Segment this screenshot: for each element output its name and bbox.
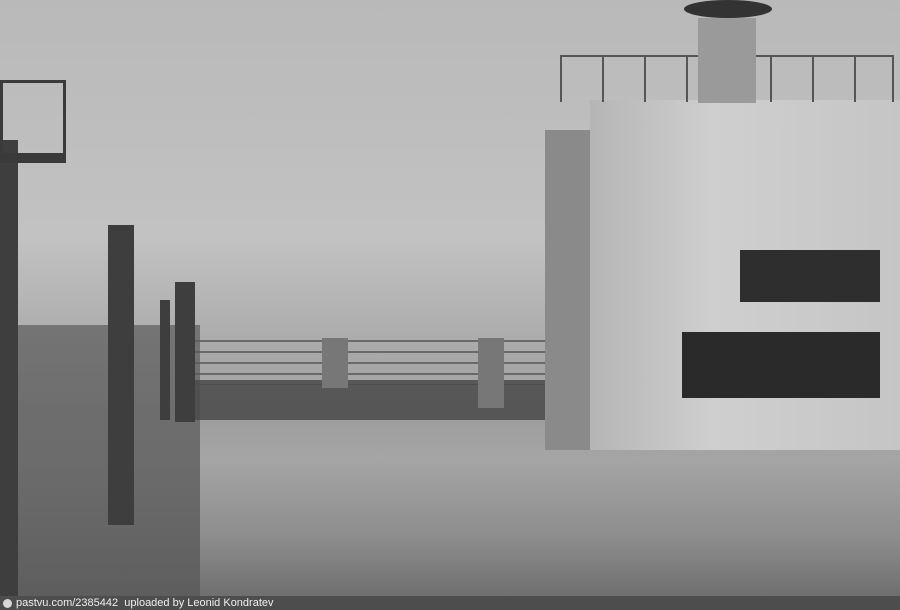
source-link[interactable]: pastvu.com/2385442 bbox=[16, 596, 118, 610]
window-opening bbox=[682, 332, 880, 398]
uploader-text: uploaded by Leonid Kondratev bbox=[124, 596, 273, 610]
stair-tower bbox=[545, 130, 595, 450]
camera-icon bbox=[3, 599, 12, 608]
watch-platform bbox=[0, 80, 66, 163]
fence-pillar bbox=[322, 338, 348, 388]
archival-photo bbox=[0, 0, 900, 596]
caption-bar: pastvu.com/2385442 uploaded by Leonid Ko… bbox=[0, 596, 900, 610]
post bbox=[108, 225, 134, 525]
fence-pillar bbox=[478, 338, 504, 408]
post bbox=[175, 282, 195, 422]
post bbox=[160, 300, 170, 420]
window-opening bbox=[740, 250, 880, 302]
chimney bbox=[698, 18, 756, 103]
chimney-cap bbox=[684, 0, 772, 18]
post bbox=[0, 140, 18, 596]
left-wall bbox=[0, 325, 200, 596]
